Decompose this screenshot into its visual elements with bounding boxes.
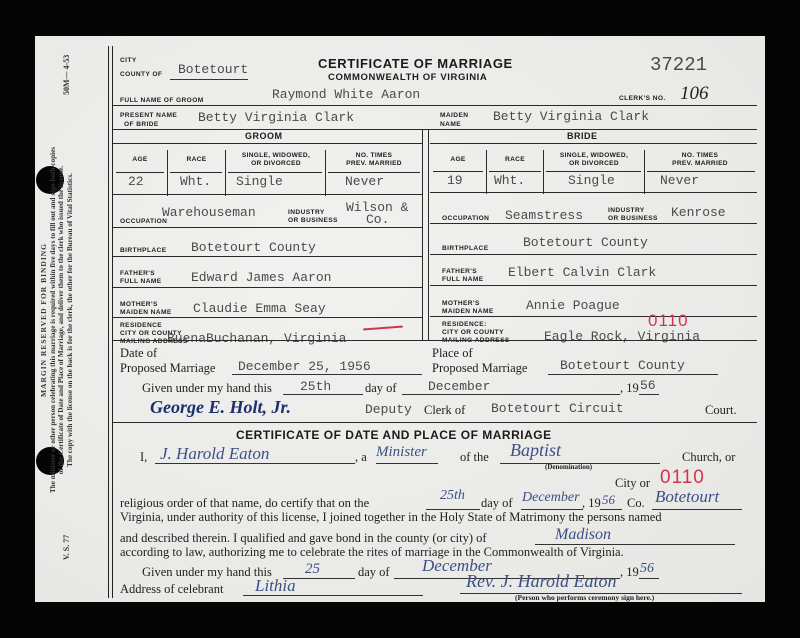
license-given-year: 56 bbox=[640, 378, 656, 393]
clerk-signature: George E. Holt, Jr. bbox=[150, 397, 291, 418]
clerk-number-label: CLERK'S NO. bbox=[619, 95, 666, 103]
rule bbox=[430, 254, 757, 255]
rule bbox=[430, 285, 757, 286]
rule bbox=[113, 129, 757, 130]
ceremony-given-label: Given under my hand this bbox=[142, 565, 272, 580]
groom-father-label: FATHER'SFULL NAME bbox=[120, 270, 162, 286]
license-given-day: 25th bbox=[300, 379, 331, 394]
license-given-month: December bbox=[428, 379, 490, 394]
rule bbox=[647, 171, 755, 172]
groom-residence-value: BuenaBuchanan, Virginia bbox=[167, 331, 346, 346]
bride-residence-code: 0110 bbox=[648, 311, 689, 331]
proposed-place-value: Botetourt County bbox=[560, 358, 685, 373]
city-label: CITY bbox=[120, 57, 137, 65]
rule bbox=[170, 172, 222, 173]
groom-occupation-label: OCCUPATION bbox=[120, 218, 167, 226]
certificate-title: CERTIFICATE OF MARRIAGE bbox=[318, 56, 513, 71]
bride-present-label-2: OF BRIDE bbox=[124, 121, 159, 129]
bride-industry-value: Kenrose bbox=[671, 205, 726, 220]
cell-divider bbox=[486, 150, 487, 194]
ceremony-line-3: and described therein. I qualified and g… bbox=[120, 531, 487, 546]
margin-heading: MARGIN RESERVED FOR BINDING bbox=[40, 40, 49, 600]
margin-instruction-line: The minister or other person celebrating… bbox=[49, 40, 58, 600]
denomination-value: Baptist bbox=[510, 440, 561, 461]
ceremony-given-year-prefix: , 19 bbox=[620, 565, 639, 580]
bride-residence-value: Eagle Rock, Virginia bbox=[544, 329, 700, 344]
margin-instruction-line: The copy with the license on the back is… bbox=[66, 40, 75, 600]
proposed-place-label-2: Proposed Marriage bbox=[432, 361, 527, 376]
denomination-label: (Denomination) bbox=[545, 463, 592, 471]
groom-birthplace-value: Botetourt County bbox=[191, 240, 316, 255]
maiden-name-label-2: NAME bbox=[440, 121, 461, 129]
underline bbox=[283, 394, 363, 395]
groom-industry-value-2: Co. bbox=[366, 212, 389, 227]
bride-residence-label: RESIDENCE:CITY OR COUNTYMAILING ADDRESS bbox=[442, 321, 510, 345]
celebrant-title: Minister bbox=[376, 444, 427, 461]
ceremony-heading: CERTIFICATE OF DATE AND PLACE OF MARRIAG… bbox=[236, 428, 552, 442]
rule bbox=[328, 172, 420, 173]
underline bbox=[652, 509, 742, 510]
groom-occupation-value: Warehouseman bbox=[162, 205, 256, 220]
ceremony-day: 25th bbox=[440, 488, 465, 504]
rule bbox=[489, 171, 541, 172]
ceremony-year: 56 bbox=[602, 492, 615, 508]
city-or-label: City or bbox=[615, 476, 650, 491]
bride-present-label: PRESENT NAME bbox=[120, 112, 177, 120]
ceremony-county: Botetourt bbox=[655, 487, 719, 507]
underline bbox=[232, 374, 422, 375]
bride-times-header: NO. TIMESPREV. MARRIED bbox=[645, 152, 755, 168]
binding-margin: MARGIN RESERVED FOR BINDING The minister… bbox=[40, 40, 102, 600]
groom-heading: GROOM bbox=[245, 131, 283, 141]
rule bbox=[113, 105, 757, 106]
bride-birthplace-value: Botetourt County bbox=[523, 235, 648, 250]
celebrant-name: J. Harold Eaton bbox=[160, 444, 269, 464]
ceremony-given-day-of: day of bbox=[358, 565, 390, 580]
bride-heading: BRIDE bbox=[567, 131, 598, 141]
proposed-date-label: Date of bbox=[120, 346, 157, 361]
court-name-value: Botetourt Circuit bbox=[491, 401, 624, 416]
ceremony-month: December bbox=[522, 490, 580, 506]
underline bbox=[376, 463, 438, 464]
bride-status-value: Single bbox=[568, 173, 615, 188]
clerk-number-value: 106 bbox=[680, 83, 709, 105]
underline bbox=[639, 578, 659, 579]
ceremony-line-1: religious order of that name, do certify… bbox=[120, 496, 369, 511]
maiden-name-label: MAIDEN bbox=[440, 112, 468, 120]
cell-divider bbox=[644, 150, 645, 194]
groom-birthplace-label: BIRTHPLACE bbox=[120, 247, 167, 255]
groom-industry-label: INDUSTRYOR BUSINESS bbox=[288, 209, 338, 225]
rule bbox=[113, 317, 422, 318]
underline bbox=[639, 394, 659, 395]
license-year-prefix: , 19 bbox=[620, 381, 639, 396]
bride-status-header: SINGLE, WIDOWED,OR DIVORCED bbox=[544, 152, 644, 168]
ceremony-a-label: , a bbox=[355, 450, 367, 465]
of-the-label: of the bbox=[460, 450, 489, 465]
proposed-date-label-2: Proposed Marriage bbox=[120, 361, 215, 376]
address-of-celebrant-label: Address of celebrant bbox=[120, 582, 223, 597]
rule bbox=[113, 287, 422, 288]
bride-race-header: RACE bbox=[487, 156, 543, 164]
bride-mother-label: MOTHER'SMAIDEN NAME bbox=[442, 300, 494, 316]
ceremony-line-4: according to law, authorizing me to cele… bbox=[120, 545, 624, 560]
groom-mother-label: MOTHER'SMAIDEN NAME bbox=[120, 301, 172, 317]
cell-divider bbox=[167, 150, 168, 196]
groom-age-header: AGE bbox=[113, 156, 167, 164]
column-divider bbox=[422, 129, 423, 340]
bride-race-value: Wht. bbox=[494, 173, 525, 188]
ceremony-i-label: I, bbox=[140, 450, 147, 465]
bride-age-value: 19 bbox=[447, 173, 463, 188]
groom-name-value: Raymond White Aaron bbox=[272, 87, 420, 102]
bride-birthplace-label: BIRTHPLACE bbox=[442, 245, 489, 253]
bride-present-name-value: Betty Virginia Clark bbox=[198, 110, 354, 125]
rule bbox=[430, 316, 757, 317]
celebrant-address: Lithia bbox=[255, 576, 296, 596]
column-divider bbox=[428, 129, 429, 340]
rule bbox=[113, 256, 422, 257]
county-underline bbox=[170, 79, 248, 80]
groom-father-value: Edward James Aaron bbox=[191, 270, 331, 285]
groom-status-header: SINGLE, WIDOWED,OR DIVORCED bbox=[226, 152, 326, 168]
rule bbox=[430, 192, 757, 193]
signature-instruction: (Person who performs ceremony sign here.… bbox=[515, 593, 654, 602]
groom-times-header: NO. TIMESPREV. MARRIED bbox=[326, 152, 422, 168]
rule bbox=[113, 227, 422, 228]
ceremony-day-of-label: day of bbox=[481, 496, 513, 511]
rule bbox=[113, 422, 757, 423]
certificate-subtitle: COMMONWEALTH OF VIRGINIA bbox=[328, 72, 487, 83]
rule bbox=[546, 171, 641, 172]
bride-father-label: FATHER'SFULL NAME bbox=[442, 268, 484, 284]
certificate-number: 37221 bbox=[650, 54, 707, 76]
license-given-label: Given under my hand this bbox=[142, 381, 272, 396]
groom-race-value: Wht. bbox=[180, 174, 211, 189]
rule bbox=[433, 171, 483, 172]
deputy-label: Deputy bbox=[365, 402, 412, 417]
rule bbox=[113, 194, 422, 195]
proposed-place-label: Place of bbox=[432, 346, 473, 361]
underline bbox=[402, 394, 620, 395]
rule bbox=[430, 143, 757, 144]
county-label: COUNTY OF bbox=[120, 71, 162, 79]
cell-divider bbox=[543, 150, 544, 194]
groom-status-value: Single bbox=[236, 174, 283, 189]
bride-industry-label: INDUSTRYOR BUSINESS bbox=[608, 207, 658, 223]
bride-occupation-value: Seamstress bbox=[505, 208, 583, 223]
margin-instruction-line: of the Certificate of Date and Place of … bbox=[57, 40, 66, 600]
rule bbox=[116, 172, 164, 173]
proposed-date-value: December 25, 1956 bbox=[238, 359, 371, 374]
court-label: Court. bbox=[705, 403, 737, 418]
bride-age-header: AGE bbox=[430, 156, 486, 164]
city-code: 0110 bbox=[660, 467, 705, 489]
groom-name-label: FULL NAME OF GROOM bbox=[120, 97, 204, 105]
ceremony-given-day: 25 bbox=[305, 561, 320, 578]
bride-times-value: Never bbox=[660, 173, 699, 188]
bond-county: Madison bbox=[555, 526, 611, 544]
groom-mother-value: Claudie Emma Seay bbox=[193, 301, 326, 316]
rule bbox=[430, 223, 757, 224]
form-print-number: 50M— 4-53 bbox=[62, 55, 71, 95]
groom-race-header: RACE bbox=[168, 156, 225, 164]
county-value: Botetourt bbox=[178, 62, 248, 77]
co-label: Co. bbox=[627, 496, 645, 511]
bride-maiden-name-value: Betty Virginia Clark bbox=[493, 109, 649, 124]
license-day-of-label: day of bbox=[365, 381, 397, 396]
celebrant-signature: Rev. J. Harold Eaton bbox=[466, 571, 616, 592]
ceremony-year-prefix: , 19 bbox=[582, 496, 601, 511]
clerk-of-label: Clerk of bbox=[424, 403, 465, 418]
ceremony-line-2: Virginia, under authority of this licens… bbox=[120, 510, 662, 525]
cell-divider bbox=[225, 150, 226, 196]
form-code: V. S. 77 bbox=[62, 535, 71, 560]
church-or-label: Church, or bbox=[682, 450, 735, 465]
ceremony-given-year: 56 bbox=[640, 561, 654, 577]
bride-father-value: Elbert Calvin Clark bbox=[508, 265, 656, 280]
rule bbox=[228, 172, 322, 173]
groom-times-value: Never bbox=[345, 174, 384, 189]
cell-divider bbox=[325, 150, 326, 196]
bride-mother-value: Annie Poague bbox=[526, 298, 620, 313]
bride-occupation-label: OCCUPATION bbox=[442, 215, 489, 223]
rule bbox=[113, 143, 422, 144]
groom-age-value: 22 bbox=[128, 174, 144, 189]
rule bbox=[113, 340, 757, 341]
underline bbox=[548, 374, 718, 375]
